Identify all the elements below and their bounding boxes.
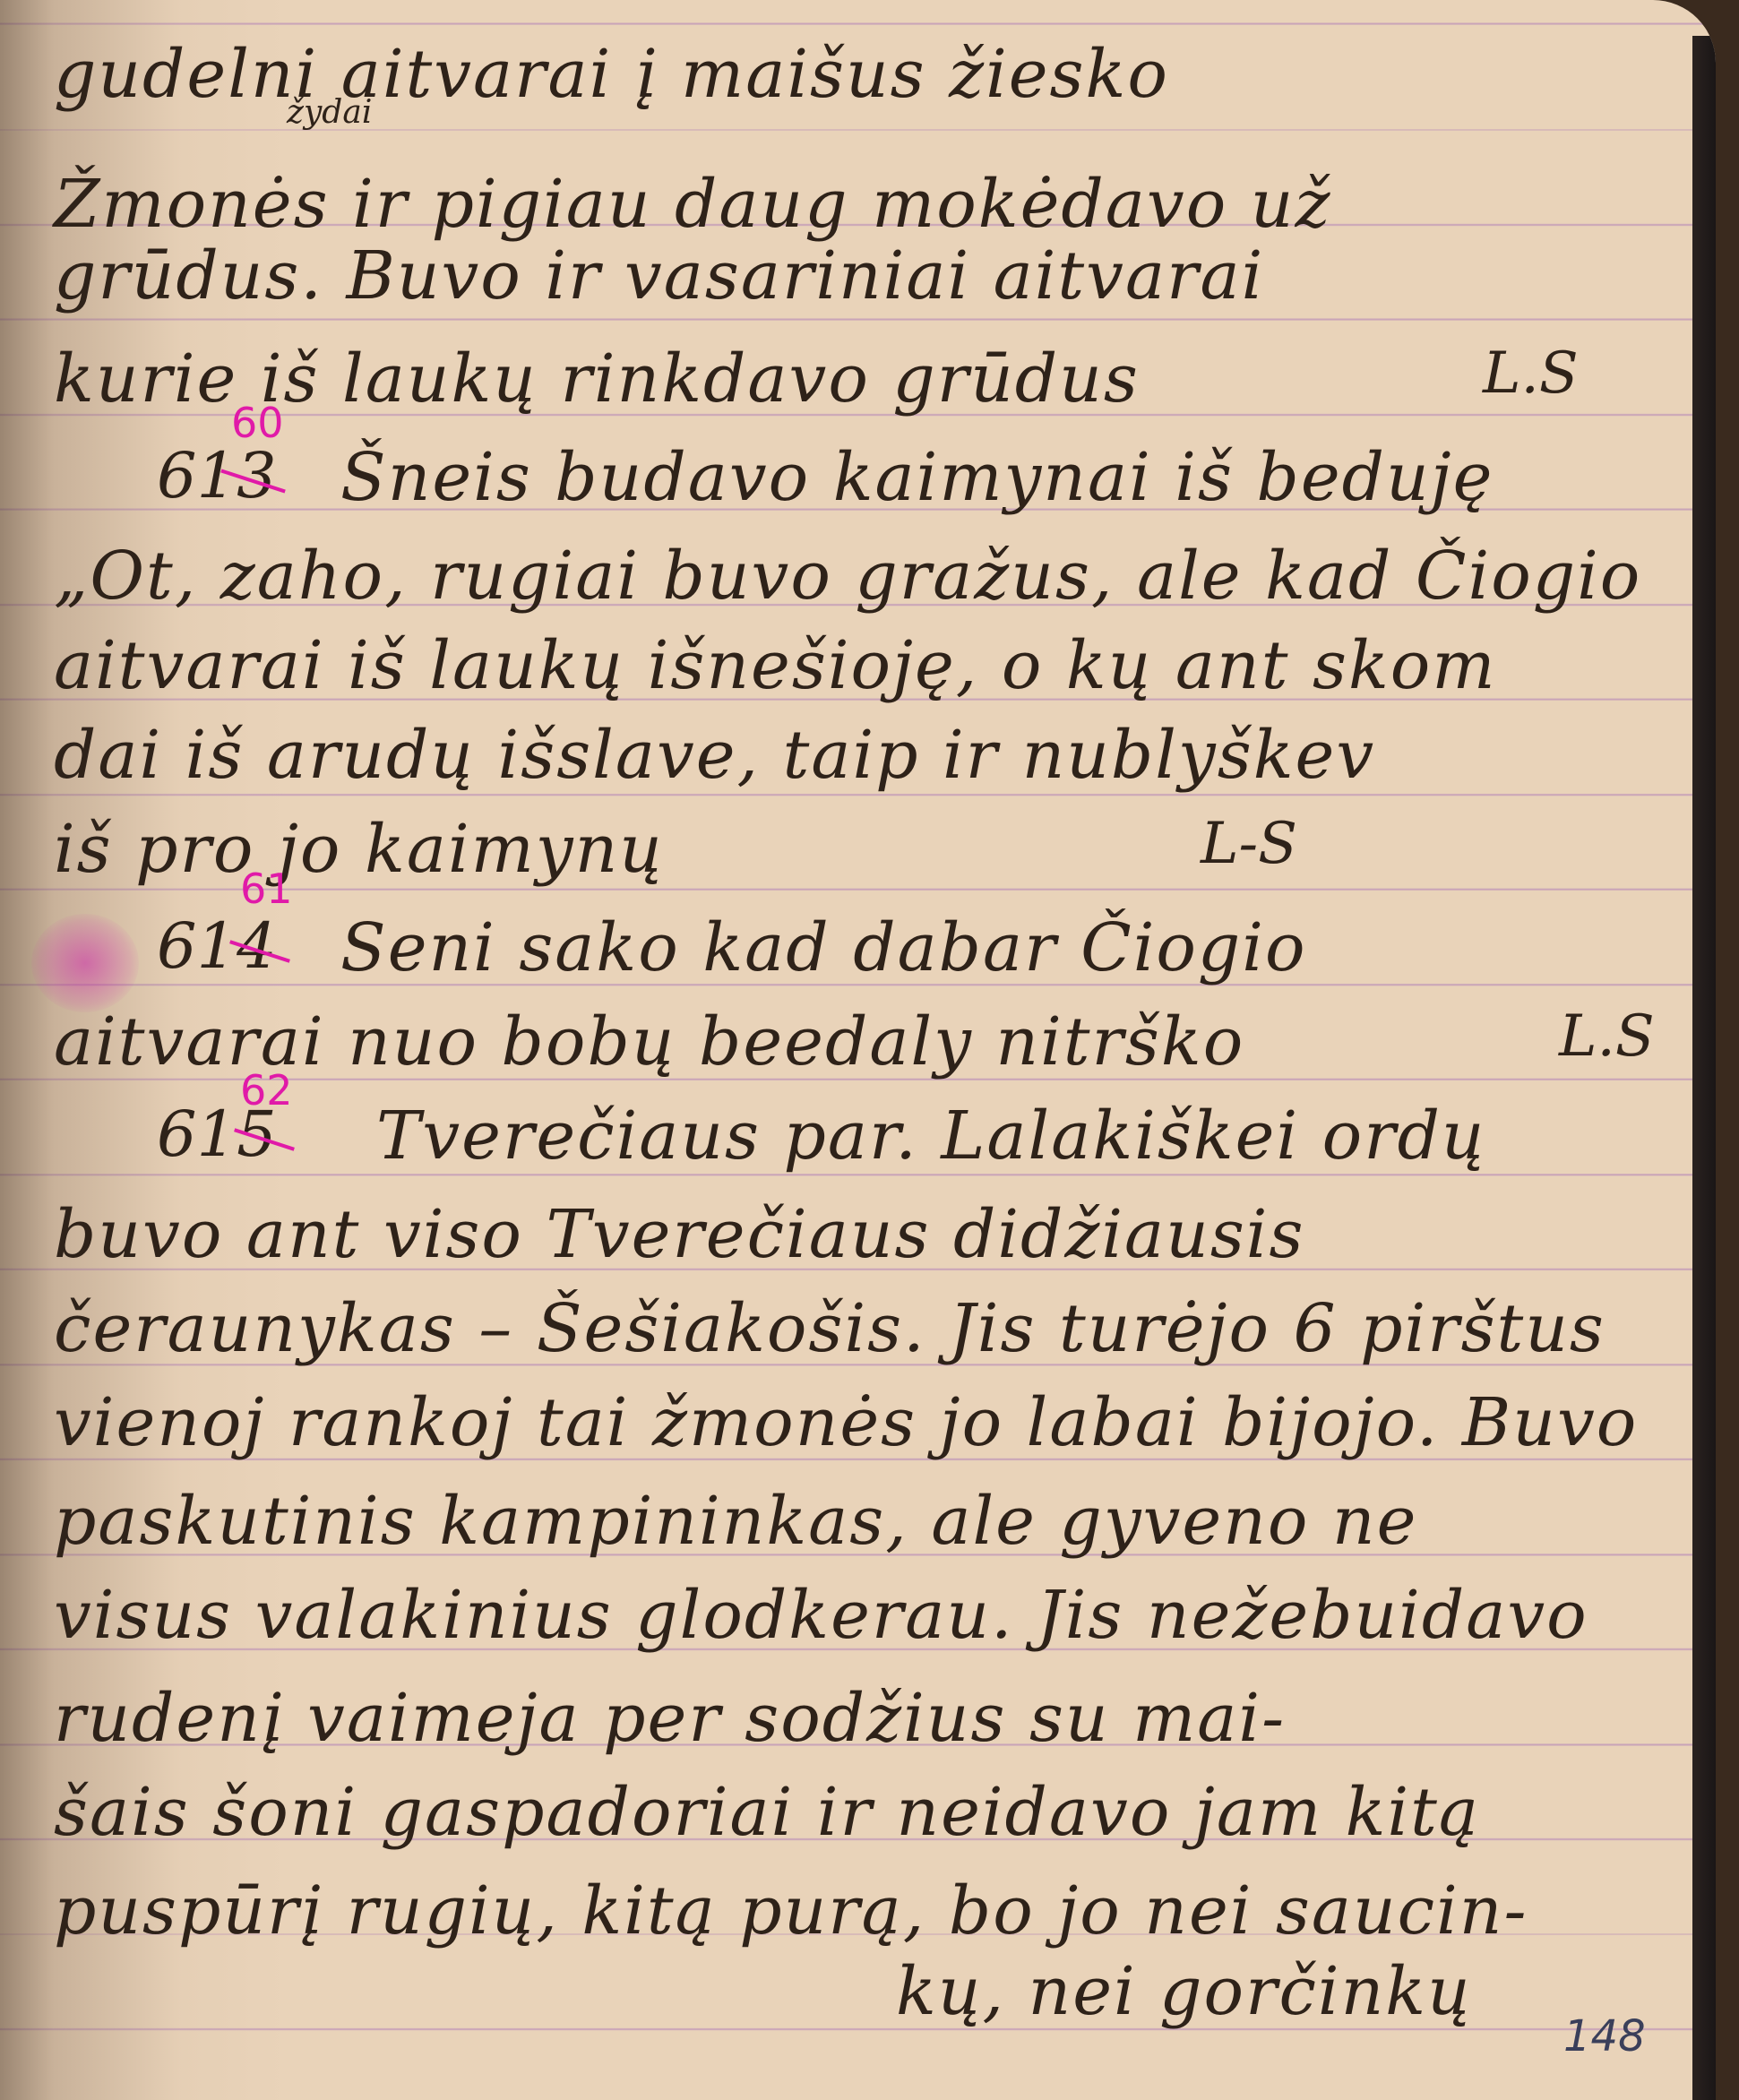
text-line-4: kurie iš laukų rinkdavo grūdus: [54, 340, 1140, 417]
text-line-14: čeraunykas – Šešiakošis. Jis turėjo 6 pi…: [54, 1290, 1606, 1367]
text-line-10: Seni sako kad dabar Čiogio: [340, 909, 1307, 986]
pink-stamp-mark: [31, 914, 139, 1012]
signature-1: L.S: [1483, 340, 1579, 407]
entry-number-correction-61: 61: [240, 865, 293, 913]
text-line-1: gudelni aitvarai į maišus žiesko: [54, 36, 1169, 113]
entry-number-original-61: 614: [157, 909, 277, 983]
entry-number-original-60: 613: [157, 439, 277, 512]
text-line-18: rudenį vaimeja per sodžius su mai-: [54, 1680, 1286, 1757]
text-line-3: grūdus. Buvo ir vasariniai aitvarai: [54, 237, 1264, 314]
text-line-19: šais šoni gaspadoriai ir neidavo jam kit…: [54, 1774, 1480, 1851]
text-line-15: vienoj rankoj tai žmonės jo labai bijojo…: [54, 1384, 1638, 1461]
text-line-9: iš pro jo kaimynų: [54, 811, 664, 888]
text-line-8: dai iš arudų išslave, taip ir nublyškev: [54, 717, 1375, 794]
entry-number-correction-60: 60: [231, 399, 284, 447]
text-line-11: aitvarai nuo bobų beedaly nitrško: [54, 1003, 1244, 1080]
page-edge: [1692, 36, 1716, 2100]
text-line-2: Žmonės ir pigiau daug mokėdavo už: [54, 166, 1331, 243]
text-line-17: visus valakinius glodkerau. Jis nežebuid…: [54, 1577, 1588, 1654]
entry-number-correction-62: 62: [240, 1066, 293, 1115]
text-line-6: „Ot, zaho, rugiai buvo gražus, ale kad Č…: [54, 538, 1641, 615]
text-line-20: puspūrį rugių, kitą purą, bo jo nei sauc…: [54, 1872, 1528, 1949]
text-line-13: buvo ant viso Tverečiaus didžiausis: [54, 1196, 1304, 1273]
text-line-21: kų, nei gorčinkų: [896, 1953, 1472, 2030]
signature-2: L-S: [1201, 811, 1297, 877]
text-line-5: Šneis budavo kaimynai iš beduję: [340, 439, 1494, 516]
page-number: 148: [1563, 2011, 1646, 2061]
text-line-12: Tverečiaus par. Lalakiškei ordų: [376, 1097, 1486, 1175]
text-line-7: aitvarai iš laukų išnešioję, o kų ant sk…: [54, 627, 1497, 704]
signature-3: L.S: [1559, 1003, 1655, 1070]
notebook-page: žydai gudelni aitvarai į maišus žiesko Ž…: [0, 0, 1716, 2100]
text-line-16: paskutinis kampininkas, ale gyveno ne: [54, 1483, 1417, 1560]
